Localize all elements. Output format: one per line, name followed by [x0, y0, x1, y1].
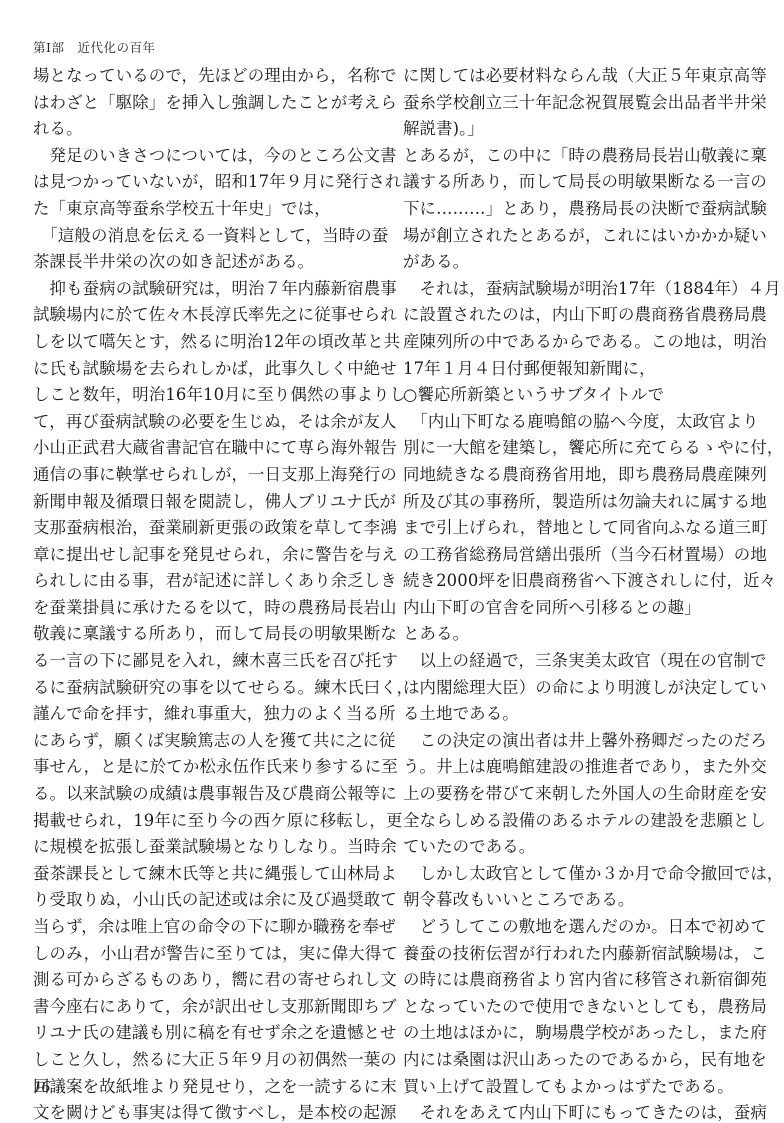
text-line: どうしてこの敷地を選んだのか。日本で初めて: [403, 914, 745, 941]
text-line: 内には桑園は沢山あったのであるから，民有地を: [403, 1047, 745, 1074]
text-line: は見つかっていないが，昭和17年９月に発行され: [33, 169, 375, 196]
text-line: ていたのである。: [403, 834, 745, 861]
text-line: 書今座右にありて，余が訳出せし支那新聞即ちブ: [33, 994, 375, 1021]
text-line: 「内山下町なる鹿鳴館の脇へ今度，太政官より: [403, 409, 745, 436]
text-line: に氏も試験場を去られしかば，此事久しく中絶せ: [33, 356, 375, 383]
text-line: 回議案を故紙堆より発見せり，之を一読するに末: [33, 1074, 375, 1101]
text-line: がある。: [403, 249, 745, 276]
text-line: の工務省総務局営繕出張所（当今石材置場）の地: [403, 542, 745, 569]
text-line: る土地である。: [403, 701, 745, 728]
text-line: るに蚕病試験研究の事を以てせらる。練木氏曰く，: [33, 675, 375, 702]
text-line: 文を闕けども事実は得て徴すべし，是本校の起源: [33, 1100, 375, 1123]
text-line: 測る可からざるものあり，嚮に君の寄せられし文: [33, 967, 375, 994]
right-column: に関しては必要材料ならん哉（大正５年東京高等 蚕糸学校創立三十年記念祝賀展覧会出…: [403, 63, 745, 1123]
text-line: 別に一大館を建築し，饗応所に充てらるゝやに付，: [403, 435, 745, 462]
text-line: それは，蚕病試験場が明治17年（1884年）４月: [403, 276, 745, 303]
text-line: 事せん，と是に於てか松永伍作氏来り参するに至: [33, 754, 375, 781]
text-line: に関しては必要材料ならん哉（大正５年東京高等: [403, 63, 745, 90]
text-line: 下に………」とあり，農務局長の決断で蚕病試験: [403, 196, 745, 223]
text-line: 「這般の消息を伝える一資料として，当時の蚕: [33, 223, 375, 250]
text-line: 通信の事に鞅掌せられしが，一日支那上海発行の: [33, 462, 375, 489]
text-line: を蚕業掛員に承けたるを以て，時の農務局長岩山: [33, 595, 375, 622]
text-line: 章に提出せし記事を発見せられ，余に警告を与え: [33, 542, 375, 569]
text-line: しのみ，小山君が警告に至りては，実に偉大得て: [33, 941, 375, 968]
text-line: しこと数年，明治16年10月に至り偶然の事よりし: [33, 382, 375, 409]
text-line: この決定の演出者は井上馨外務卿だったのだろ: [403, 728, 745, 755]
left-column: 場となっているので，先ほどの理由から，名称で はわざと「駆除」を挿入し強調したこ…: [33, 63, 375, 1123]
text-line: う。井上は鹿鳴館建設の推進者であり，また外交: [403, 754, 745, 781]
text-line: 小山正武君大蔵省書記官在職中にて専ら海外報告: [33, 435, 375, 462]
text-line: 朝令暮改もいいところである。: [403, 887, 745, 914]
text-line: となっていたので使用できないとしても，農務局: [403, 994, 745, 1021]
text-line: て，再び蚕病試験の必要を生じぬ，そは余が友人: [33, 409, 375, 436]
text-line: り受取りぬ，小山氏の記述或は余に及び過奨敢て: [33, 887, 375, 914]
text-line: る一言の下に鄙見を入れ，練木喜三氏を召び托す: [33, 648, 375, 675]
text-line: 場となっているので，先ほどの理由から，名称で: [33, 63, 375, 90]
text-line: 茶課長半井栄の次の如き記述がある。: [33, 249, 375, 276]
text-line: ○饗応所新築というサブタイトルで: [403, 382, 745, 409]
text-line: 議する所あり，而して局長の明敏果断なる一言の: [403, 169, 745, 196]
text-line: 蚕茶課長として練木氏等と共に縄張して山林局よ: [33, 861, 375, 888]
text-line: 産陳列所の中であるからである。この地は，明治: [403, 329, 745, 356]
running-head: 第Ⅰ部 近代化の百年: [33, 38, 155, 56]
text-line: 内山下町の官舎を同所へ引移るとの趣」: [403, 595, 745, 622]
text-line: に規模を拡張し蚕業試験場となりしなり。当時余: [33, 834, 375, 861]
text-line: 謹んで命を拝す，維れ事重大，独力のよく当る所: [33, 701, 375, 728]
text-line: の土地はほかに，駒場農学校があったし，また府: [403, 1020, 745, 1047]
text-line: 掲載せられ，19年に至り今の西ケ原に移転し，更: [33, 808, 375, 835]
text-line: 発足のいきさつについては，今のところ公文書: [33, 143, 375, 170]
text-line: 所及び其の事務所，製造所は勿論夫れに属する地: [403, 489, 745, 516]
text-line: は内閣総理大臣）の命により明渡しが決定してい: [403, 675, 745, 702]
text-line: 蚕糸学校創立三十年記念祝賀展覧会出品者半井栄: [403, 90, 745, 117]
text-line: 場が創立されたとあるが，これにはいかかか疑い: [403, 223, 745, 250]
text-line: に設置されたのは，内山下町の農商務省農務局農: [403, 302, 745, 329]
text-line: 試験場内に於て佐々木長淳氏率先之に従事せられ: [33, 302, 375, 329]
text-line: まで引上げられ，替地として同省向ふなる道三町: [403, 515, 745, 542]
text-line: はわざと「駆除」を挿入し強調したことが考えら: [33, 90, 375, 117]
text-line: リユナ氏の建議も別に稿を有せず余之を遺憾とせ: [33, 1020, 375, 1047]
text-line: 同地続きなる農商務省用地，即ち農務局農産陳列: [403, 462, 745, 489]
text-line: れる。: [33, 116, 375, 143]
text-line: 支那蚕病根治，蚕業刷新更張の政策を草して李鴻: [33, 515, 375, 542]
text-line: 敬義に稟議する所あり，而して局長の明敏果断な: [33, 621, 375, 648]
text-line: の時には農商務省より宮内省に移管され新宿御苑: [403, 967, 745, 994]
text-line: とある。: [403, 621, 745, 648]
text-line: しを以て嚆矢とす，然るに明治12年の頃改革と共: [33, 329, 375, 356]
text-line: 全ならしめる設備のあるホテルの建設を悲願とし: [403, 808, 745, 835]
text-line: それをあえて内山下町にもってきたのは，蚕病: [403, 1100, 745, 1123]
text-line: しこと久し，然るに大正５年９月の初偶然一葉の: [33, 1047, 375, 1074]
text-line: 当らず，余は唯上官の命令の下に聊か職務を奉ぜ: [33, 914, 375, 941]
text-line: しかし太政官として僅か３か月で命令撤回では，: [403, 861, 745, 888]
text-line: 以上の経過で，三条実美太政官（現在の官制で: [403, 648, 745, 675]
text-line: 新聞申報及循環日報を閲読し，佛人ブリユナ氏が: [33, 489, 375, 516]
text-line: 続き2000坪を旧農商務省へ下渡されしに付，近々: [403, 568, 745, 595]
text-line: られしに由る事，君が記述に詳しくあり余乏しき: [33, 568, 375, 595]
text-line: る。以来試験の成績は農事報告及び農商公報等に: [33, 781, 375, 808]
text-line: た「東京高等蚕糸学校五十年史」では，: [33, 196, 375, 223]
text-line: にあらず，願くば実験篤志の人を獲て共に之に従: [33, 728, 375, 755]
text-line: 買い上げて設置してもよかっはずたである。: [403, 1074, 745, 1101]
text-line: とあるが，この中に「時の農務局長岩山敬義に稟: [403, 143, 745, 170]
text-line: 養蚕の技術伝習が行われた内藤新宿試験場は，こ: [403, 941, 745, 968]
text-line: 上の要務を帯びて来朝した外国人の生命財産を安: [403, 781, 745, 808]
text-line: 17年１月４日付郵便報知新聞に，: [403, 356, 745, 383]
text-line: 抑も蚕病の試験研究は，明治７年内藤新宿農事: [33, 276, 375, 303]
text-line: 解説書)。」: [403, 116, 745, 143]
page-number: 16: [33, 1077, 50, 1097]
